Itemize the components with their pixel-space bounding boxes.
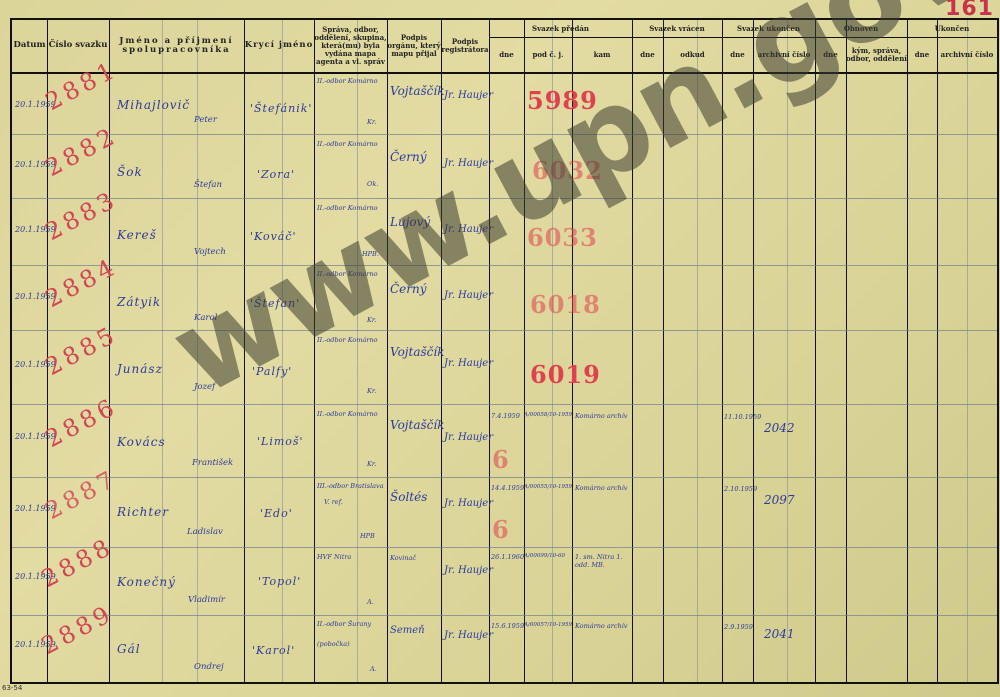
row-predan-kam: Komárno archív (575, 484, 627, 492)
row-prijmeni: Kereš (117, 228, 157, 242)
row-sprava: II.-odbor Komárno (317, 410, 378, 418)
row-jmeno: Štefan (194, 180, 222, 190)
row-predan-dne: 15.6.1959 (491, 622, 524, 630)
row-sprava-sub: V. ref. (324, 498, 343, 506)
guide-line (787, 20, 788, 682)
row-predan-cj: A/00055/10-1959 (524, 484, 572, 490)
col-divider (907, 20, 908, 682)
header-svazek-predan: Svazek předán (489, 20, 632, 37)
row-podpis-registratora: Jr. Haujer (444, 630, 493, 641)
row-sprava-sub: Kr. (367, 387, 376, 395)
header-obnoven: Obnoven (815, 20, 907, 37)
col-divider (815, 20, 816, 682)
col-divider (314, 20, 315, 682)
header-divider (12, 72, 997, 74)
row-jmeno: Vojtech (194, 247, 226, 257)
row-podpis-registratora: Jr. Haujer (444, 90, 493, 101)
col-divider (244, 20, 245, 682)
row-sprava-sub: Ok. (367, 180, 378, 188)
row-podpis-registratora: Jr. Haujer (444, 290, 493, 301)
row-prijmeni: Konečný (117, 575, 176, 589)
row-jmeno: Jozef (194, 382, 215, 392)
guide-line (357, 20, 358, 682)
row-kryci-jmeno: 'Štefan' (250, 297, 300, 310)
row-cislo-svazku: 2888 (37, 532, 118, 593)
row-ukoncen-dne: 2.10.1959 (724, 485, 757, 493)
row-predan-dne: 7.4.1959 (491, 412, 520, 420)
row-podpis-organu: Vojtaščík (390, 345, 444, 359)
row-sprava-sub: A. (367, 598, 374, 606)
col-divider (846, 20, 847, 682)
col-divider (753, 20, 754, 682)
row-prijmeni: Gál (117, 642, 141, 656)
header-svazek-ukoncen: Svazek ukončen (722, 20, 815, 37)
row-sprava-sub: Kr. (367, 118, 376, 126)
row-jmeno: Vladimír (188, 595, 225, 605)
row-podpis-registratora: Jr. Haujer (444, 358, 493, 369)
row-kryci-jmeno: 'Topol' (258, 575, 301, 588)
row-kryci-jmeno: 'Karol' (252, 644, 295, 657)
row-kryci-jmeno: 'Limoš' (257, 435, 304, 448)
row-ukoncen-archivni-cislo: 2041 (764, 627, 795, 641)
col-divider (387, 20, 388, 682)
row-podpis-organu: Šoltés (390, 490, 427, 504)
row-podpis-registratora: Jr. Haujer (444, 498, 493, 509)
row-sprava: II.-odbor Komárno (317, 336, 378, 344)
col-divider (632, 20, 633, 682)
row-jmeno: Karol (194, 313, 217, 323)
row-ukoncen-archivni-cislo: 2097 (764, 493, 795, 507)
header-predan-dne: dne (489, 37, 524, 72)
row-sprava-sub2: A. (370, 665, 377, 673)
header-vracen-dne: dne (632, 37, 663, 72)
row-sprava-sub: (pobočka) (317, 640, 350, 648)
row-predan-kam: 1. sm. Nitra 1. odd. MB. (575, 553, 630, 569)
row-divider (12, 547, 997, 548)
header-predan-kam: kam (572, 37, 632, 72)
guide-line (552, 20, 553, 682)
header-ukoncen: Ukončen (907, 20, 997, 37)
header-svazek-vracen: Svazek vrácen (632, 20, 722, 37)
header-podpis-organu: Podpis orgánu, který mapu přijal (387, 20, 441, 72)
row-ukoncen-archivni-cislo: 2042 (764, 421, 795, 435)
registry-ledger-table: Datum Číslo svazku Jméno a příjmení spol… (10, 18, 999, 684)
row-predan-cj: A/00057/10-1959 (524, 622, 572, 628)
row-divider (12, 404, 997, 405)
row-sprava-sub2: HPB (360, 532, 375, 540)
row-stamp-number: 5989 (527, 86, 598, 115)
col-divider (663, 20, 664, 682)
row-sprava: HVF Nitra (317, 553, 351, 561)
col-divider (489, 20, 490, 682)
row-sprava: II.-odbor Komárno (317, 204, 378, 212)
row-divider (12, 330, 997, 331)
row-podpis-organu: Kovinač (390, 554, 416, 562)
row-kryci-jmeno: 'Edo' (260, 507, 293, 520)
header-kryci-jmeno: Krycí jméno (244, 20, 314, 72)
row-kryci-jmeno: 'Kováč' (250, 230, 297, 243)
header-obnoven-kym: kým, správa, odbor, oddělení (846, 37, 907, 72)
row-divider (12, 134, 997, 135)
row-predan-kam: Komárno archív (575, 412, 627, 420)
row-podpis-organu: Vojtaščík (390, 84, 444, 98)
header-podpis-registratora: Podpis registrátora (441, 20, 489, 72)
row-predan-cj: A/00099/10-60 (524, 553, 565, 559)
header-predan-pod-cj: pod č. j. (524, 37, 572, 72)
row-divider (12, 265, 997, 266)
row-stamp-number: 6033 (527, 223, 598, 252)
header-obnoven-dne: dne (815, 37, 846, 72)
col-divider (722, 20, 723, 682)
row-jmeno: František (192, 458, 233, 468)
row-podpis-organu: Vojtaščík (390, 418, 444, 432)
header-ukoncen2-archivni-cislo: archivní číslo (937, 37, 997, 72)
row-sprava: III.-odbor Bratislava (317, 482, 384, 490)
row-sprava-sub: Kr. (367, 316, 376, 324)
row-ukoncen-dne: 2.9.1959 (724, 623, 753, 631)
row-divider (12, 615, 997, 616)
header-vracen-odkud: odkud (663, 37, 722, 72)
row-sprava-sub: HPB. (362, 250, 379, 258)
row-podpis-registratora: Jr. Haujer (444, 432, 493, 443)
row-jmeno: Ondrej (194, 662, 224, 672)
header-ukoncen2-dne: dne (907, 37, 937, 72)
row-cislo-svazku: 2889 (37, 599, 118, 660)
row-jmeno: Peter (194, 115, 217, 125)
row-podpis-registratora: Jr. Haujer (444, 158, 493, 169)
col-divider (937, 20, 938, 682)
row-podpis-organu: Lujový (390, 215, 430, 229)
row-jmeno: Ladislav (187, 527, 223, 537)
row-stamp-number: 6 (492, 515, 510, 544)
form-number: 63-54 (2, 684, 22, 692)
header-ukoncen-dne: dne (722, 37, 753, 72)
row-kryci-jmeno: 'Palfy' (252, 365, 292, 378)
guide-line (697, 20, 698, 682)
col-divider (524, 20, 525, 682)
row-kryci-jmeno: 'Zora' (257, 168, 295, 181)
row-predan-dne: 26.1.1960 (491, 553, 524, 561)
row-predan-cj: A/00058/10-1959 (524, 412, 572, 418)
row-podpis-registratora: Jr. Haujer (444, 565, 493, 576)
row-prijmeni: Mihajlovič (117, 98, 190, 112)
row-sprava: II.-odbor Komárno (317, 77, 378, 85)
row-stamp-number: 6018 (530, 290, 601, 319)
row-sprava: II.-odbor Komárno (317, 140, 378, 148)
guide-line (967, 20, 968, 682)
row-stamp-number: 6 (492, 445, 510, 474)
row-sprava-sub: Kr. (367, 460, 376, 468)
row-divider (12, 198, 997, 199)
header-sprava: Správa, odbor, oddělení, skupina, která(… (314, 20, 387, 72)
row-predan-dne: 14.4.1959 (491, 484, 524, 492)
row-prijmeni: Richter (117, 505, 169, 519)
row-sprava: II.-odbor Šurany (317, 620, 371, 628)
row-stamp-number: 6032 (532, 156, 603, 185)
row-prijmeni: Zátyik (117, 295, 161, 309)
row-podpis-registratora: Jr. Haujer (444, 224, 493, 235)
row-prijmeni: Šok (117, 165, 143, 179)
row-ukoncen-dne: 11.10.1959 (724, 413, 761, 421)
row-sprava: II.-odbor Komárno (317, 270, 378, 278)
row-stamp-number: 6019 (530, 360, 601, 389)
row-podpis-organu: Černý (390, 282, 427, 296)
col-divider (572, 20, 573, 682)
header-ukoncen-archivni-cislo: archivní číslo (753, 37, 815, 72)
row-predan-kam: Komárno archív (575, 622, 627, 630)
header-datum: Datum (12, 20, 47, 72)
row-prijmeni: Kovács (117, 435, 166, 449)
row-podpis-organu: Semeň (390, 625, 425, 636)
header-jmeno: Jméno a příjmení spolupracovníka (109, 20, 244, 72)
row-prijmeni: Junász (117, 362, 163, 376)
row-kryci-jmeno: 'Štefánik' (250, 102, 312, 115)
row-podpis-organu: Černý (390, 150, 427, 164)
row-divider (12, 477, 997, 478)
